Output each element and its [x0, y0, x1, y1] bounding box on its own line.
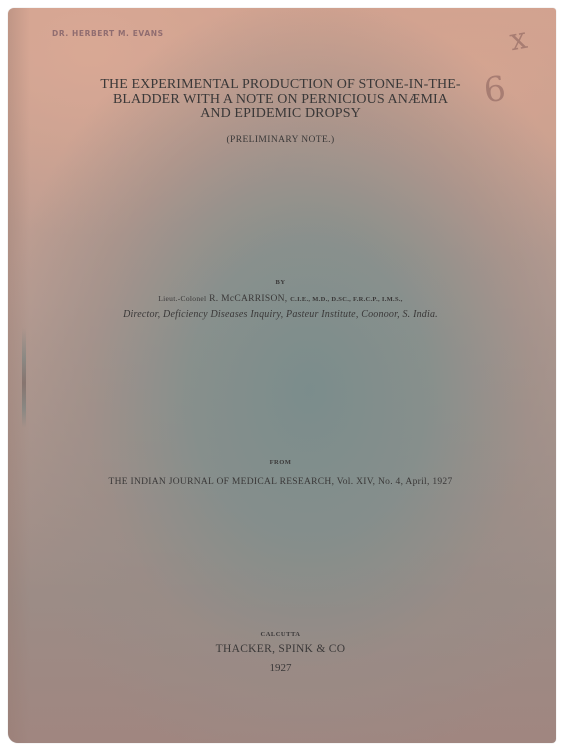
title-line-2: BLADDER WITH A NOTE ON PERNICIOUS ANÆMIA [0, 93, 561, 108]
by-label: BY [0, 279, 561, 286]
author-affiliation: Director, Deficiency Diseases Inquiry, P… [0, 309, 561, 320]
imprint-city: CALCUTTA [0, 631, 561, 638]
author-name: R. McCARRISON, [209, 294, 287, 304]
imprint-year: 1927 [0, 662, 561, 674]
author-degrees: C.I.E., M.D., D.SC., F.R.C.P., I.M.S., [290, 296, 403, 303]
document-title: THE EXPERIMENTAL PRODUCTION OF STONE-IN-… [0, 78, 561, 122]
title-line-1: THE EXPERIMENTAL PRODUCTION OF STONE-IN-… [0, 78, 561, 93]
from-label: FROM [0, 459, 561, 466]
document-subtitle: (PRELIMINARY NOTE.) [0, 135, 561, 145]
author-line: Lieut.-Colonel R. McCARRISON, C.I.E., M.… [0, 294, 561, 304]
journal-name: THE INDIAN JOURNAL OF MEDICAL RESEARCH, [108, 477, 334, 487]
title-line-3: AND EPIDEMIC DROPSY [0, 107, 561, 122]
journal-citation: THE INDIAN JOURNAL OF MEDICAL RESEARCH, … [0, 477, 561, 487]
imprint-publisher: THACKER, SPINK & CO [0, 643, 561, 655]
journal-volume: Vol. XIV, No. 4, April, 1927 [337, 477, 453, 487]
spine-staple-marks [22, 328, 26, 428]
author-rank: Lieut.-Colonel [158, 294, 206, 303]
owner-stamp: DR. HERBERT M. EVANS [52, 29, 164, 38]
